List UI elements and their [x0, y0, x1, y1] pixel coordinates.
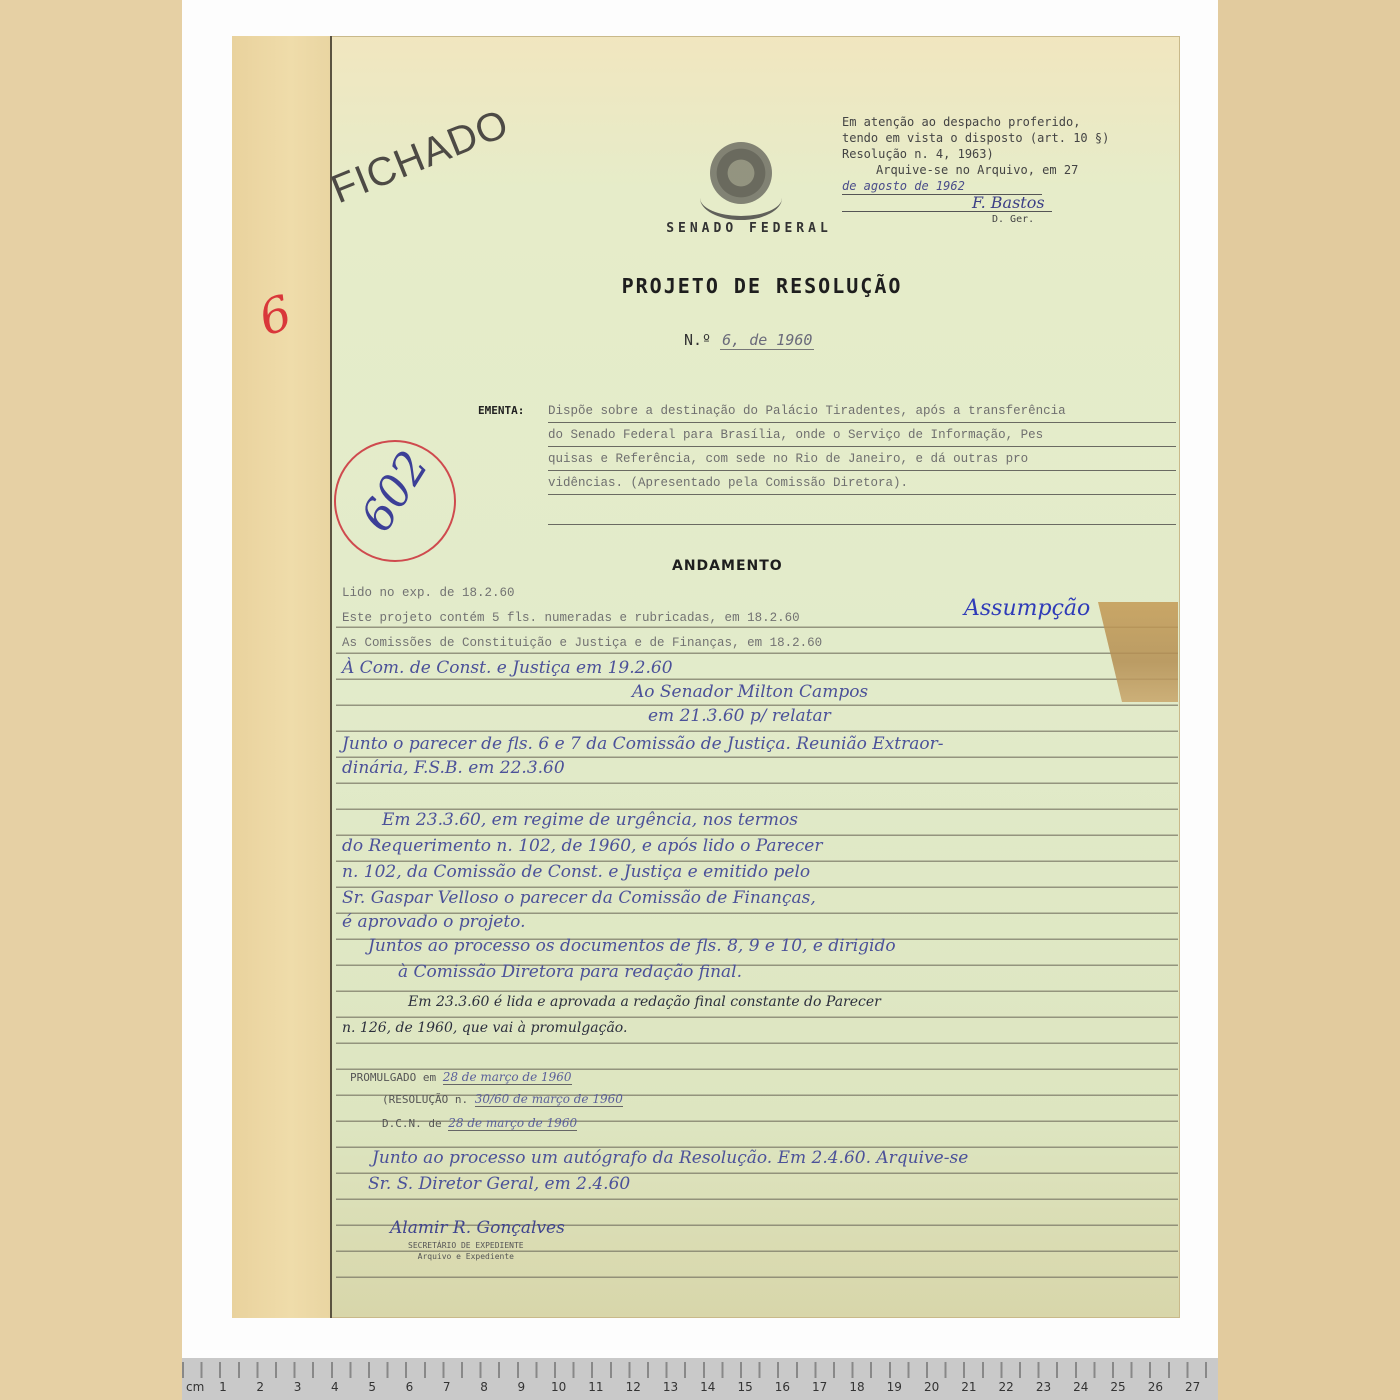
spine-fold-line — [330, 36, 332, 1318]
andamento-entry: Em 23.3.60 é lida e aprovada a redação f… — [408, 994, 881, 1010]
andamento-entry: Em 23.3.60, em regime de urgência, nos t… — [382, 810, 798, 830]
document-page: FICHADO 6 602 SENADO FEDERAL PROJETO DE … — [232, 36, 1180, 1318]
ruler-label: 17 — [801, 1380, 838, 1398]
fichado-stamp: FICHADO — [325, 101, 515, 213]
ink-signature: Assumpção — [964, 596, 1090, 621]
ruler-label: 18 — [838, 1380, 875, 1398]
institution-name: SENADO FEDERAL — [644, 221, 854, 236]
andamento-entry: em 21.3.60 p/ relatar — [648, 706, 831, 726]
note-line: Em atenção ao despacho proferido, — [842, 114, 1162, 130]
measurement-ruler: cm 1 2 3 4 5 6 7 8 9 10 11 12 13 14 15 1… — [182, 1358, 1218, 1400]
ruler-label: 9 — [503, 1380, 540, 1398]
andamento-entry: Este projeto contém 5 fls. numeradas e r… — [342, 611, 800, 625]
note-line: tendo em vista o disposto (art. 10 §) — [842, 130, 1162, 146]
resolucao-label: (RESOLUÇÃO n. — [382, 1093, 468, 1106]
folder-spine — [232, 36, 330, 1318]
ruler-label: 26 — [1137, 1380, 1174, 1398]
final-entry: Junto ao processo um autógrafo da Resolu… — [372, 1148, 968, 1168]
number-label: N.º — [684, 331, 711, 349]
andamento-entry: Juntos ao processo os documentos de fls.… — [368, 936, 896, 956]
ruler-label: 7 — [428, 1380, 465, 1398]
ruler-label: 22 — [988, 1380, 1025, 1398]
ementa-line: vidências. (Apresentado pela Comissão Di… — [548, 471, 1176, 495]
promulgado-value: 28 de março de 1960 — [443, 1070, 572, 1085]
andamento-entry: à Comissão Diretora para redação final. — [398, 962, 742, 982]
note-archive-line: Arquive-se no Arquivo, em 27 — [842, 162, 1162, 178]
andamento-entry: Ao Senador Milton Campos — [632, 682, 868, 702]
caption-line: SECRETÁRIO DE EXPEDIENTE — [408, 1240, 524, 1251]
document-title: PROJETO DE RESOLUÇÃO — [592, 274, 932, 298]
dcn-label: D.C.N. de — [382, 1117, 442, 1130]
andamento-entry: do Requerimento n. 102, de 1960, e após … — [342, 836, 822, 856]
document-number: N.º 6, de 1960 — [684, 331, 814, 349]
archive-note: Em atenção ao despacho proferido, tendo … — [842, 114, 1162, 228]
ementa-line: Dispõe sobre a destinação do Palácio Tir… — [548, 399, 1176, 423]
ruler-label: 5 — [353, 1380, 390, 1398]
ruler-label: 3 — [279, 1380, 316, 1398]
ruler-label: 4 — [316, 1380, 353, 1398]
number-value: 6, de 1960 — [720, 331, 814, 350]
andamento-entry: dinária, F.S.B. em 22.3.60 — [342, 758, 565, 778]
ruler-label: 2 — [242, 1380, 279, 1398]
ementa-line: quisas e Referência, com sede no Rio de … — [548, 447, 1176, 471]
final-entry: Sr. S. Diretor Geral, em 2.4.60 — [368, 1174, 630, 1194]
wreath-icon — [700, 176, 782, 220]
andamento-entry: Junto o parecer de fls. 6 e 7 da Comissã… — [342, 734, 943, 754]
ruler-label: 21 — [950, 1380, 987, 1398]
resolucao-value: 30/60 de março de 1960 — [475, 1092, 623, 1107]
ruler-label: 1 — [204, 1380, 241, 1398]
official-signature: Alamir R. Gonçalves — [390, 1218, 565, 1238]
ruler-label: 25 — [1099, 1380, 1136, 1398]
ruler-ticks — [182, 1362, 1218, 1378]
note-role: D. Ger. — [842, 212, 1162, 228]
ruler-label: 14 — [689, 1380, 726, 1398]
ementa-line: do Senado Federal para Brasília, onde o … — [548, 423, 1176, 447]
ruler-label: 12 — [615, 1380, 652, 1398]
dcn-value: 28 de março de 1960 — [448, 1116, 577, 1131]
note-signature: F. Bastos — [842, 195, 1052, 212]
caption-line: Arquivo e Expediente — [408, 1251, 524, 1262]
ruler-label: 13 — [652, 1380, 689, 1398]
ruler-label: 8 — [465, 1380, 502, 1398]
ruler-label: 19 — [876, 1380, 913, 1398]
promulgado-label: PROMULGADO em — [350, 1071, 436, 1084]
andamento-entry: n. 126, de 1960, que vai à promulgação. — [342, 1020, 627, 1036]
ruler-label: 27 — [1174, 1380, 1211, 1398]
ruler-label: 24 — [1062, 1380, 1099, 1398]
ementa-text: Dispõe sobre a destinação do Palácio Tir… — [548, 399, 1176, 525]
dcn-line: D.C.N. de 28 de março de 1960 — [382, 1116, 577, 1130]
ruler-label: 11 — [577, 1380, 614, 1398]
background-left — [0, 0, 182, 1400]
andamento-entry: Lido no exp. de 18.2.60 — [342, 586, 515, 600]
andamento-entry: Sr. Gaspar Velloso o parecer da Comissão… — [342, 888, 816, 908]
ruler-label: 16 — [764, 1380, 801, 1398]
andamento-entry: n. 102, da Comissão de Const. e Justiça … — [342, 862, 810, 882]
ruler-label: 10 — [540, 1380, 577, 1398]
promulgation-line: PROMULGADO em 28 de março de 1960 — [350, 1070, 572, 1084]
andamento-entry: À Com. de Const. e Justiça em 19.2.60 — [342, 658, 673, 678]
andamento-entry: As Comissões de Constituição e Justiça e… — [342, 636, 822, 650]
ruler-label: 20 — [913, 1380, 950, 1398]
ementa-blank-line — [548, 501, 1176, 525]
resolution-line: (RESOLUÇÃO n. 30/60 de março de 1960 — [382, 1092, 623, 1106]
background-right — [1218, 0, 1400, 1400]
ruler-unit: cm — [182, 1380, 204, 1398]
andamento-entry: é aprovado o projeto. — [342, 912, 526, 932]
ruler-label: 23 — [1025, 1380, 1062, 1398]
andamento-heading: ANDAMENTO — [672, 558, 783, 574]
ruler-labels: cm 1 2 3 4 5 6 7 8 9 10 11 12 13 14 15 1… — [182, 1380, 1218, 1398]
ruler-label: 6 — [391, 1380, 428, 1398]
ementa-label: EMENTA: — [478, 404, 524, 417]
note-line: Resolução n. 4, 1963) — [842, 146, 1162, 162]
signature-caption: SECRETÁRIO DE EXPEDIENTE Arquivo e Exped… — [408, 1240, 524, 1262]
ruler-label: 15 — [726, 1380, 763, 1398]
